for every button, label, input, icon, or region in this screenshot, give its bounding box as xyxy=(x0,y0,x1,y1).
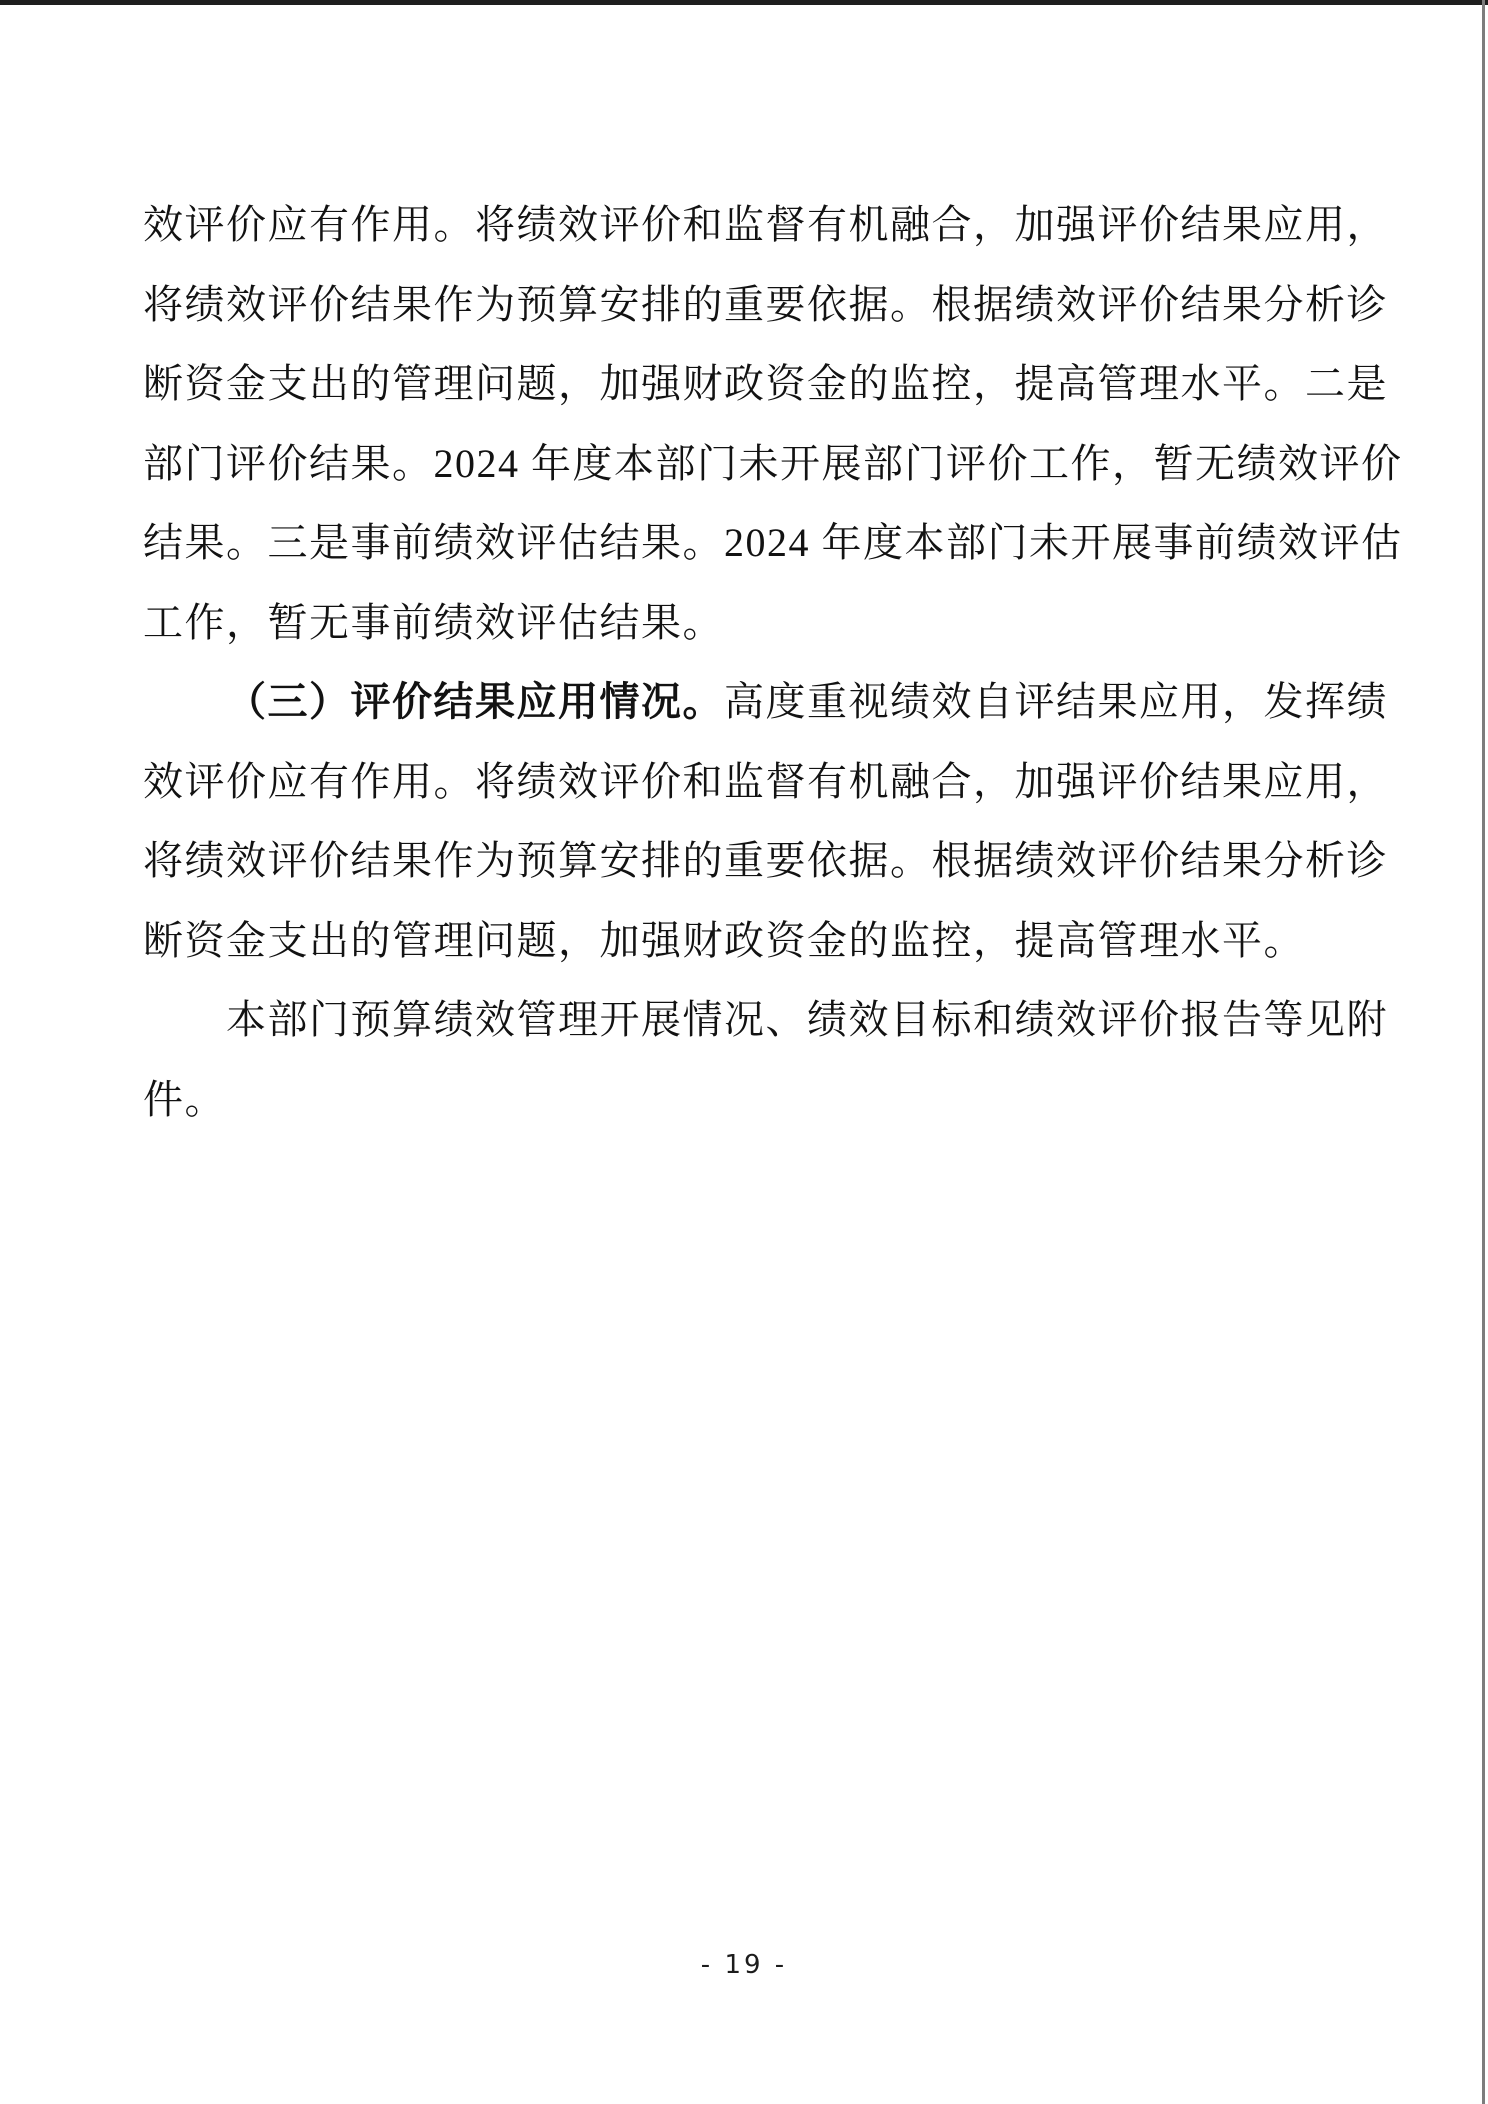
body-line: 断资金支出的管理问题，加强财政资金的监控，提高管理水平。 xyxy=(143,901,1393,981)
body-line: 工作，暂无事前绩效评估结果。 xyxy=(143,583,1393,663)
section-lead-text: 高度重视绩效自评结果应用，发挥绩 xyxy=(724,679,1388,724)
body-line-paragraph-start: 本部门预算绩效管理开展情况、绩效目标和绩效评价报告等见附 xyxy=(143,980,1393,1060)
section-heading: （三）评价结果应用情况。 xyxy=(226,679,724,724)
body-line: 效评价应有作用。将绩效评价和监督有机融合，加强评价结果应用， xyxy=(143,185,1393,265)
page-number: - 19 - xyxy=(0,1950,1488,1980)
body-line: 部门评价结果。2024 年度本部门未开展部门评价工作，暂无绩效评价 xyxy=(143,424,1393,504)
document-body: 效评价应有作用。将绩效评价和监督有机融合，加强评价结果应用， 将绩效评价结果作为… xyxy=(143,185,1393,1139)
body-line: 将绩效评价结果作为预算安排的重要依据。根据绩效评价结果分析诊 xyxy=(143,265,1393,345)
body-line: 结果。三是事前绩效评估结果。2024 年度本部门未开展事前绩效评估 xyxy=(143,503,1393,583)
body-line: 件。 xyxy=(143,1060,1393,1140)
body-line: 将绩效评价结果作为预算安排的重要依据。根据绩效评价结果分析诊 xyxy=(143,821,1393,901)
body-line: 断资金支出的管理问题，加强财政资金的监控，提高管理水平。二是 xyxy=(143,344,1393,424)
body-line: 效评价应有作用。将绩效评价和监督有机融合，加强评价结果应用， xyxy=(143,742,1393,822)
page-right-border xyxy=(1482,0,1485,2104)
body-line-section-start: （三）评价结果应用情况。高度重视绩效自评结果应用，发挥绩 xyxy=(143,662,1393,742)
document-page: 效评价应有作用。将绩效评价和监督有机融合，加强评价结果应用， 将绩效评价结果作为… xyxy=(0,0,1488,2104)
page-top-border xyxy=(0,0,1488,5)
